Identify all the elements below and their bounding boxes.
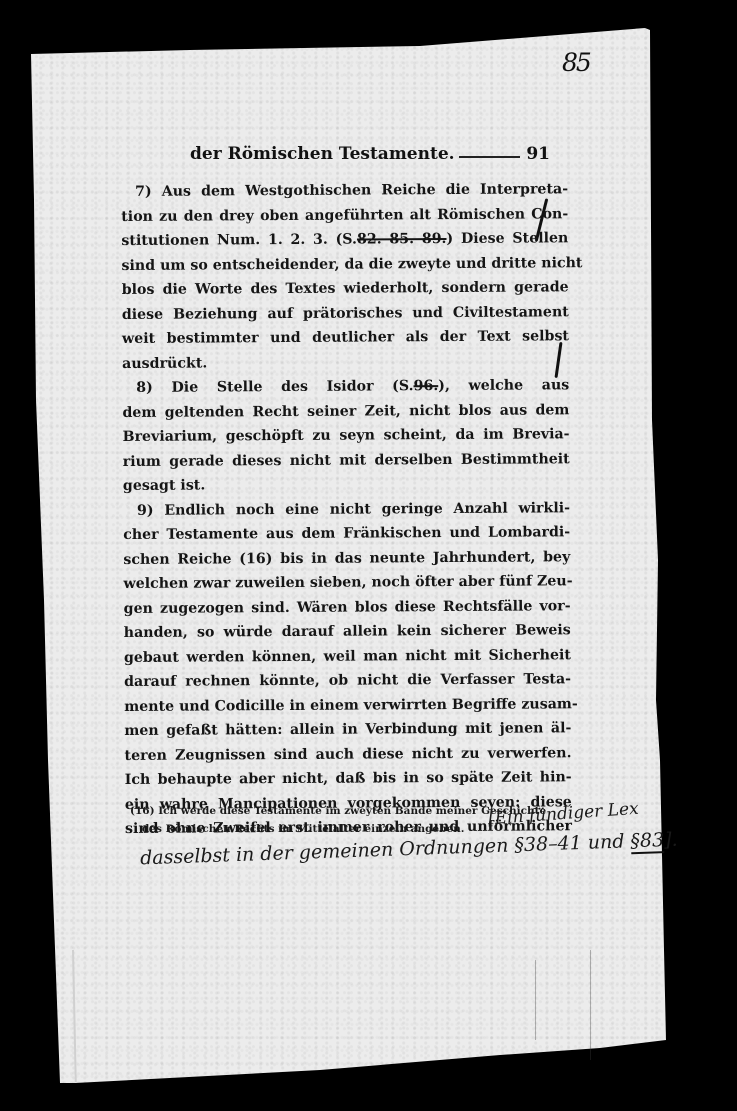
text-line: schen Reiche (16) bis in das neunte Jahr…: [123, 545, 570, 572]
printed-page-number: 91: [526, 144, 550, 164]
text-line: Breviarium, geschöpft zu seyn scheint, d…: [122, 422, 569, 449]
text-line: gen zugezogen sind. Wären blos diese Rec…: [124, 594, 571, 621]
text-line: 7) Aus dem Westgothischen Reiche die Int…: [121, 177, 568, 204]
text-line: Ich behaupte aber nicht, daß bis in so s…: [125, 765, 572, 792]
text-line: darauf rechnen könnte, ob nicht die Verf…: [124, 667, 571, 694]
text-line: gebaut werden können, weil man nicht mit…: [124, 643, 571, 670]
text-line: men gefaßt hätten: allein in Verbindung …: [124, 716, 571, 743]
text-line: 8) Die Stelle des Isidor (S.96.), welche…: [122, 373, 569, 400]
handwritten-ref: §38–41: [514, 832, 582, 856]
header-rule: [459, 156, 521, 158]
body-text: 7) Aus dem Westgothischen Reiche die Int…: [121, 177, 572, 841]
text-line: cher Testamente aus dem Fränkischen und …: [123, 520, 570, 547]
text-line: dem geltenden Recht seiner Zeit, nicht b…: [122, 398, 569, 425]
handwritten-bracket: ].: [664, 829, 678, 851]
handwritten-ref: §83: [630, 829, 665, 854]
text-line: teren Zeugnissen sind auch diese nicht z…: [124, 741, 571, 768]
text-line: handen, so würde darauf allein kein sich…: [124, 618, 571, 645]
handwritten-and: und: [587, 830, 624, 853]
paper-crease: [535, 960, 536, 1040]
text-line: weit bestimmter und deutlicher als der T…: [122, 324, 569, 351]
handwritten-folio-number: 85: [562, 48, 590, 77]
running-title: der Römischen Testamente.: [190, 144, 455, 164]
text-line: mente und Codicille in einem verwirrten …: [124, 692, 571, 719]
text-line: rium gerade dieses nicht mit derselben B…: [123, 447, 570, 474]
struck-reference: 82. 85. 89.: [357, 231, 447, 248]
scan-background: 85 der Römischen Testamente. 91 7) Aus d…: [0, 0, 737, 1111]
text-line: 9) Endlich noch eine nicht geringe Anzah…: [123, 496, 570, 523]
text-line: ausdrückt.: [122, 349, 569, 376]
text-line: gesagt ist.: [123, 471, 570, 498]
running-head: der Römischen Testamente. 91: [190, 138, 550, 164]
text-line: tion zu den drey oben angeführten alt Rö…: [121, 202, 568, 229]
text-line: welchen zwar zuweilen sieben, noch öfter…: [123, 569, 570, 596]
text-line: diese Beziehung auf prätorisches und Civ…: [122, 300, 569, 327]
struck-reference: 96.: [413, 378, 438, 394]
paper-crease: [590, 950, 591, 1060]
text-line: sind um so entscheidender, da die zweyte…: [121, 251, 568, 278]
text-line: stitutionen Num. 1. 2. 3. (S.82. 85. 89.…: [121, 226, 568, 253]
text-line: blos die Worte des Textes wiederholt, so…: [122, 275, 569, 302]
